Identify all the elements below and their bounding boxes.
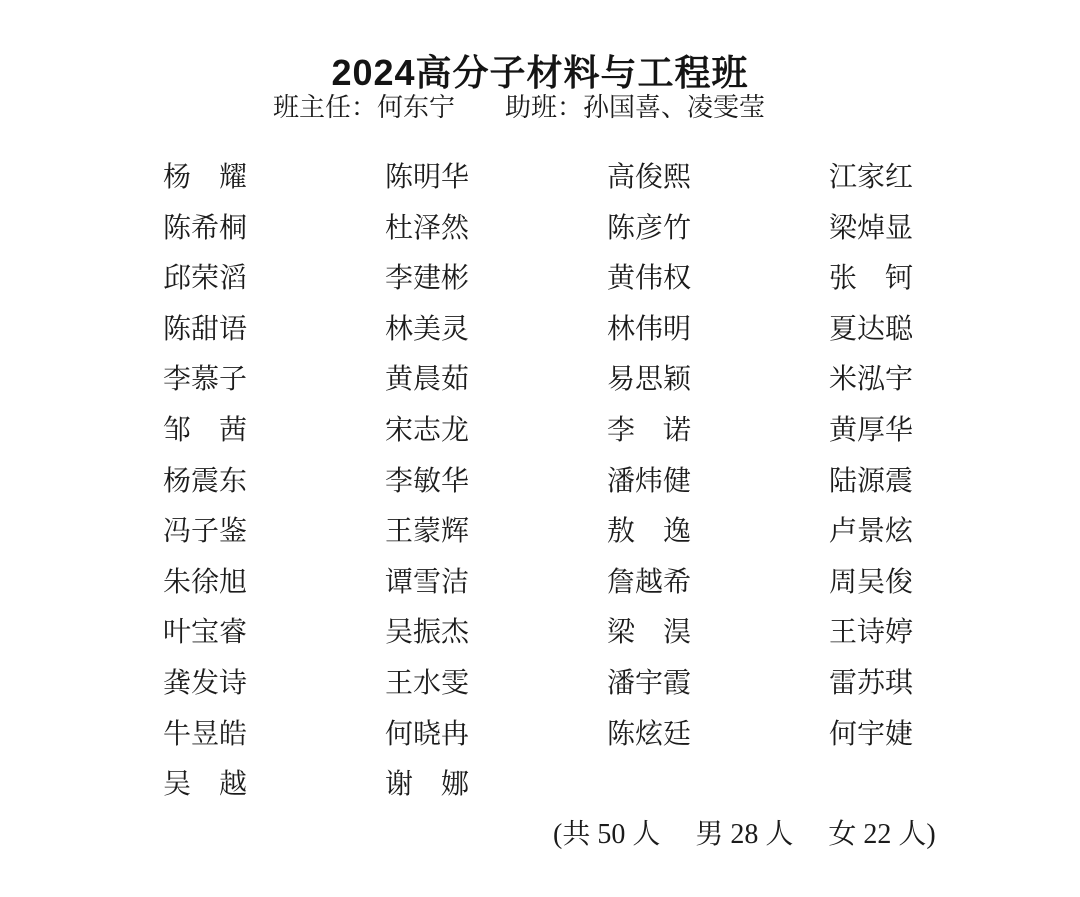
teacher-label: 班主任： (273, 93, 377, 122)
assistant-names: 孙国喜、凌雯莹 (583, 93, 765, 122)
student-name: 叶宝睿 (163, 617, 247, 649)
student-name: 龚发诗 (163, 668, 247, 700)
student-name: 易思颖 (607, 364, 691, 396)
student-name: 邹 茜 (163, 415, 247, 447)
student-name: 谭雪洁 (385, 567, 469, 599)
student-name: 李 诺 (607, 415, 691, 447)
student-name: 潘炜健 (607, 466, 691, 498)
student-name: 黄晨茹 (385, 364, 469, 396)
student-name: 潘宇霞 (607, 668, 691, 700)
student-name: 谢 娜 (385, 769, 469, 801)
student-name: 王诗婷 (829, 617, 913, 649)
student-name: 杜泽然 (385, 213, 469, 245)
student-name: 卢景炫 (829, 516, 913, 548)
student-name: 吴 越 (163, 769, 247, 801)
student-name: 黄伟权 (607, 263, 691, 295)
student-name: 何宇婕 (829, 719, 913, 751)
student-name: 梁焯显 (829, 213, 913, 245)
student-name: 牛昱皓 (163, 719, 247, 751)
student-name: 陈炫廷 (607, 719, 691, 751)
assistant-label: 助班： (505, 93, 583, 122)
student-name: 王水雯 (385, 668, 469, 700)
student-name: 詹越希 (607, 567, 691, 599)
student-name: 李建彬 (385, 263, 469, 295)
student-name: 夏达聪 (829, 314, 913, 346)
student-name: 陈彦竹 (607, 213, 691, 245)
student-name: 张 钶 (829, 263, 913, 295)
student-name: 林美灵 (385, 314, 469, 346)
student-name: 陈甜语 (163, 314, 247, 346)
student-name: 邱荣滔 (163, 263, 247, 295)
student-name: 雷苏琪 (829, 668, 913, 700)
student-name: 林伟明 (607, 314, 691, 346)
page-title: 2024高分子材料与工程班 (0, 54, 1080, 92)
student-name: 梁 淏 (607, 617, 691, 649)
summary-line: (共 50 人 男 28 人 女 22 人) (553, 819, 936, 851)
roster-grid: 杨 耀陈明华高俊熙江家红陈希桐杜泽然陈彦竹梁焯显邱荣滔李建彬黄伟权张 钶陈甜语林… (163, 162, 1051, 820)
student-name: 杨震东 (163, 466, 247, 498)
student-name: 杨 耀 (163, 162, 247, 194)
assistant-info: 助班：孙国喜、凌雯莹 (505, 93, 765, 123)
student-name: 周吴俊 (829, 567, 913, 599)
student-name: 陈明华 (385, 162, 469, 194)
student-name: 米泓宇 (829, 364, 913, 396)
student-name: 李敏华 (385, 466, 469, 498)
student-name: 黄厚华 (829, 415, 913, 447)
student-name: 冯子鉴 (163, 516, 247, 548)
student-name: 宋志龙 (385, 415, 469, 447)
student-name: 朱徐旭 (163, 567, 247, 599)
student-name: 陆源震 (829, 466, 913, 498)
student-name: 高俊熙 (607, 162, 691, 194)
student-name: 江家红 (829, 162, 913, 194)
student-name: 何晓冉 (385, 719, 469, 751)
teacher-info: 班主任：何东宁 (273, 93, 455, 123)
class-roster-page: 2024高分子材料与工程班 班主任：何东宁 助班：孙国喜、凌雯莹 杨 耀陈明华高… (0, 0, 1080, 897)
header-line: 班主任：何东宁 助班：孙国喜、凌雯莹 (273, 93, 765, 123)
student-name: 李慕子 (163, 364, 247, 396)
teacher-name: 何东宁 (377, 93, 455, 122)
student-name: 陈希桐 (163, 213, 247, 245)
student-name: 王蒙辉 (385, 516, 469, 548)
student-name: 敖 逸 (607, 516, 691, 548)
student-name: 吴振杰 (385, 617, 469, 649)
